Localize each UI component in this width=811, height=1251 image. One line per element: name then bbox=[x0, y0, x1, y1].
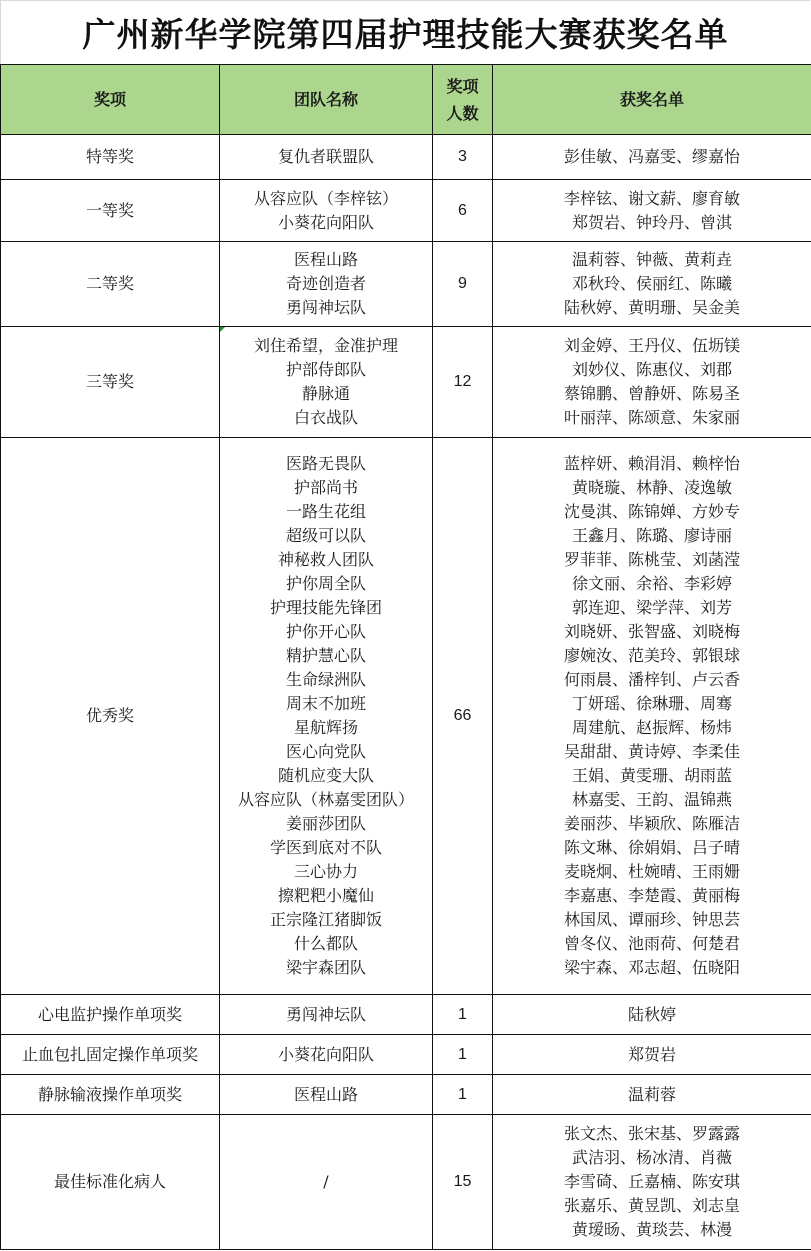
award-cell[interactable]: 静脉输液操作单项奖 bbox=[1, 1075, 220, 1115]
team-name: / bbox=[220, 1170, 432, 1194]
team-cell[interactable]: 医程山路 bbox=[220, 1075, 433, 1115]
winner-names: 罗菲菲、陈桃莹、刘菡滢 bbox=[493, 548, 811, 572]
winner-names: 邓秋玲、侯丽红、陈曦 bbox=[493, 272, 811, 296]
winner-names: 陆秋婷 bbox=[493, 1003, 811, 1027]
count-cell[interactable]: 15 bbox=[433, 1115, 493, 1250]
winner-names: 林嘉雯、王韵、温锦燕 bbox=[493, 788, 811, 812]
winner-names: 刘晓妍、张智盛、刘晓梅 bbox=[493, 620, 811, 644]
awards-table: 奖项 团队名称 奖项 人数 获奖名单 特等奖复仇者联盟队3彭佳敏、冯嘉雯、缪嘉怡… bbox=[0, 64, 811, 1250]
team-name: 三心协力 bbox=[220, 860, 432, 884]
team-name: 刘住希望，金准护理 bbox=[220, 334, 432, 358]
winner-names: 蔡锦鹏、曾静妍、陈易圣 bbox=[493, 382, 811, 406]
winner-count: 12 bbox=[454, 373, 472, 390]
winner-names: 武洁羽、杨冰清、肖薇 bbox=[493, 1146, 811, 1170]
team-cell[interactable]: 医路无畏队护部尚书一路生花组超级可以队神秘救人团队护你周全队护理技能先锋团护你开… bbox=[220, 438, 433, 995]
winners-cell[interactable]: 温莉蓉、钟薇、黄莉垚邓秋玲、侯丽红、陈曦陆秋婷、黄明珊、吴金美 bbox=[493, 242, 811, 327]
team-name: 勇闯神坛队 bbox=[220, 1003, 432, 1027]
page-title: 广州新华学院第四届护理技能大赛获奖名单 bbox=[83, 9, 729, 56]
team-cell[interactable]: 小葵花向阳队 bbox=[220, 1035, 433, 1075]
winner-names: 周建航、赵振辉、杨炜 bbox=[493, 716, 811, 740]
team-cell[interactable]: 复仇者联盟队 bbox=[220, 135, 433, 180]
team-name: 从容应队（李梓铉） bbox=[220, 187, 432, 211]
team-name: 精护慧心队 bbox=[220, 644, 432, 668]
header-count-line1: 奖项 bbox=[433, 73, 492, 100]
team-name: 梁宇森团队 bbox=[220, 956, 432, 980]
team-name: 医心向党队 bbox=[220, 740, 432, 764]
header-winners[interactable]: 获奖名单 bbox=[493, 65, 811, 135]
winners-cell[interactable]: 陆秋婷 bbox=[493, 995, 811, 1035]
table-row: 一等奖从容应队（李梓铉）小葵花向阳队6李梓铉、谢文薪、廖育敏郑贺岩、钟玲丹、曾淇 bbox=[1, 180, 811, 242]
winner-names: 黄晓璇、林静、凌逸敏 bbox=[493, 476, 811, 500]
team-name: 超级可以队 bbox=[220, 524, 432, 548]
winner-names: 李雪碕、丘嘉楠、陈安琪 bbox=[493, 1170, 811, 1194]
award-cell[interactable]: 特等奖 bbox=[1, 135, 220, 180]
winner-names: 叶丽萍、陈颂意、朱家丽 bbox=[493, 406, 811, 430]
award-name: 优秀奖 bbox=[1, 704, 219, 728]
winner-names: 丁妍瑶、徐琳珊、周骞 bbox=[493, 692, 811, 716]
award-name: 最佳标准化病人 bbox=[1, 1170, 219, 1194]
winners-cell[interactable]: 温莉蓉 bbox=[493, 1075, 811, 1115]
winner-names: 刘金婷、王丹仪、伍坜镁 bbox=[493, 334, 811, 358]
team-name: 生命绿洲队 bbox=[220, 668, 432, 692]
winner-names: 刘妙仪、陈惠仪、刘郡 bbox=[493, 358, 811, 382]
comment-marker-icon[interactable] bbox=[220, 327, 225, 332]
team-cell[interactable]: 勇闯神坛队 bbox=[220, 995, 433, 1035]
team-name: 周末不加班 bbox=[220, 692, 432, 716]
team-name: 医程山路 bbox=[220, 1083, 432, 1107]
winner-names: 郑贺岩、钟玲丹、曾淇 bbox=[493, 211, 811, 235]
header-row: 奖项 团队名称 奖项 人数 获奖名单 bbox=[1, 65, 811, 135]
winner-names: 温莉蓉 bbox=[493, 1083, 811, 1107]
winners-cell[interactable]: 李梓铉、谢文薪、廖育敏郑贺岩、钟玲丹、曾淇 bbox=[493, 180, 811, 242]
team-name: 护你周全队 bbox=[220, 572, 432, 596]
winner-names: 麦晓炯、杜婉晴、王雨姗 bbox=[493, 860, 811, 884]
table-row: 三等奖刘住希望，金准护理护部侍郎队静脉通白衣战队12刘金婷、王丹仪、伍坜镁刘妙仪… bbox=[1, 327, 811, 438]
award-name: 特等奖 bbox=[1, 145, 219, 169]
title-cell[interactable]: 广州新华学院第四届护理技能大赛获奖名单 bbox=[0, 0, 810, 64]
winner-names: 郭连迎、梁学萍、刘芳 bbox=[493, 596, 811, 620]
award-name: 三等奖 bbox=[1, 370, 219, 394]
award-cell[interactable]: 三等奖 bbox=[1, 327, 220, 438]
award-cell[interactable]: 二等奖 bbox=[1, 242, 220, 327]
team-name: 正宗隆江猪脚饭 bbox=[220, 908, 432, 932]
winner-names: 何雨晨、潘梓钊、卢云香 bbox=[493, 668, 811, 692]
team-name: 随机应变大队 bbox=[220, 764, 432, 788]
winner-count: 15 bbox=[454, 1173, 472, 1190]
winner-names: 张文杰、张宋基、罗露露 bbox=[493, 1122, 811, 1146]
winner-names: 沈曼淇、陈锦婵、方妙专 bbox=[493, 500, 811, 524]
count-cell[interactable]: 9 bbox=[433, 242, 493, 327]
team-name: 护理技能先锋团 bbox=[220, 596, 432, 620]
winners-cell[interactable]: 张文杰、张宋基、罗露露武洁羽、杨冰清、肖薇李雪碕、丘嘉楠、陈安琪张嘉乐、黄昱凯、… bbox=[493, 1115, 811, 1250]
award-cell[interactable]: 优秀奖 bbox=[1, 438, 220, 995]
team-name: 复仇者联盟队 bbox=[220, 145, 432, 169]
team-name: 一路生花组 bbox=[220, 500, 432, 524]
table-row: 特等奖复仇者联盟队3彭佳敏、冯嘉雯、缪嘉怡 bbox=[1, 135, 811, 180]
header-count-line2: 人数 bbox=[433, 100, 492, 127]
team-name: 什么都队 bbox=[220, 932, 432, 956]
team-name: 护你开心队 bbox=[220, 620, 432, 644]
winners-cell[interactable]: 蓝梓妍、赖涓涓、赖梓怡黄晓璇、林静、凌逸敏沈曼淇、陈锦婵、方妙专王鑫月、陈璐、廖… bbox=[493, 438, 811, 995]
team-name: 医路无畏队 bbox=[220, 452, 432, 476]
award-name: 一等奖 bbox=[1, 199, 219, 223]
table-row: 静脉输液操作单项奖医程山路1温莉蓉 bbox=[1, 1075, 811, 1115]
count-cell[interactable]: 6 bbox=[433, 180, 493, 242]
winner-names: 彭佳敏、冯嘉雯、缪嘉怡 bbox=[493, 145, 811, 169]
team-name: 白衣战队 bbox=[220, 406, 432, 430]
count-cell[interactable]: 1 bbox=[433, 1075, 493, 1115]
team-cell[interactable]: 从容应队（李梓铉）小葵花向阳队 bbox=[220, 180, 433, 242]
team-name: 护部侍郎队 bbox=[220, 358, 432, 382]
team-name: 静脉通 bbox=[220, 382, 432, 406]
award-cell[interactable]: 最佳标准化病人 bbox=[1, 1115, 220, 1250]
winners-cell[interactable]: 彭佳敏、冯嘉雯、缪嘉怡 bbox=[493, 135, 811, 180]
team-name: 从容应队（林嘉雯团队） bbox=[220, 788, 432, 812]
winner-names: 姜丽莎、毕颖欣、陈雁洁 bbox=[493, 812, 811, 836]
team-name: 学医到底对不队 bbox=[220, 836, 432, 860]
winner-names: 陈文琳、徐娟娟、吕子晴 bbox=[493, 836, 811, 860]
table-row: 心电监护操作单项奖勇闯神坛队1陆秋婷 bbox=[1, 995, 811, 1035]
count-cell[interactable]: 3 bbox=[433, 135, 493, 180]
award-cell[interactable]: 一等奖 bbox=[1, 180, 220, 242]
table-row: 二等奖医程山路奇迹创造者勇闯神坛队9温莉蓉、钟薇、黄莉垚邓秋玲、侯丽红、陈曦陆秋… bbox=[1, 242, 811, 327]
count-cell[interactable]: 1 bbox=[433, 995, 493, 1035]
winner-names: 王娟、黄雯珊、胡雨蓝 bbox=[493, 764, 811, 788]
table-row: 最佳标准化病人/15张文杰、张宋基、罗露露武洁羽、杨冰清、肖薇李雪碕、丘嘉楠、陈… bbox=[1, 1115, 811, 1250]
count-cell[interactable]: 12 bbox=[433, 327, 493, 438]
winner-names: 林国凤、谭丽珍、钟思芸 bbox=[493, 908, 811, 932]
winner-names: 黄瑷旸、黄琰芸、林漫 bbox=[493, 1218, 811, 1242]
winner-names: 李嘉惠、李楚霞、黄丽梅 bbox=[493, 884, 811, 908]
winner-count: 1 bbox=[458, 1046, 467, 1063]
team-name: 医程山路 bbox=[220, 248, 432, 272]
team-cell[interactable]: / bbox=[220, 1115, 433, 1250]
team-name: 奇迹创造者 bbox=[220, 272, 432, 296]
header-count[interactable]: 奖项 人数 bbox=[433, 65, 493, 135]
winner-names: 曾冬仪、池雨荷、何楚君 bbox=[493, 932, 811, 956]
table-row: 止血包扎固定操作单项奖小葵花向阳队1郑贺岩 bbox=[1, 1035, 811, 1075]
winner-count: 1 bbox=[458, 1006, 467, 1023]
winner-names: 梁宇森、邓志超、伍晓阳 bbox=[493, 956, 811, 980]
winner-names: 蓝梓妍、赖涓涓、赖梓怡 bbox=[493, 452, 811, 476]
winner-count: 6 bbox=[458, 202, 467, 219]
team-name: 小葵花向阳队 bbox=[220, 1043, 432, 1067]
award-name: 心电监护操作单项奖 bbox=[1, 1003, 219, 1027]
winners-cell[interactable]: 刘金婷、王丹仪、伍坜镁刘妙仪、陈惠仪、刘郡蔡锦鹏、曾静妍、陈易圣叶丽萍、陈颂意、… bbox=[493, 327, 811, 438]
award-name: 静脉输液操作单项奖 bbox=[1, 1083, 219, 1107]
team-name: 勇闯神坛队 bbox=[220, 296, 432, 320]
award-sheet: 广州新华学院第四届护理技能大赛获奖名单 奖项 团队名称 奖项 人数 获奖名单 特… bbox=[0, 0, 811, 1251]
winner-names: 陆秋婷、黄明珊、吴金美 bbox=[493, 296, 811, 320]
award-cell[interactable]: 心电监护操作单项奖 bbox=[1, 995, 220, 1035]
winner-names: 廖婉汝、范美玲、郭银球 bbox=[493, 644, 811, 668]
team-name: 神秘救人团队 bbox=[220, 548, 432, 572]
winners-cell[interactable]: 郑贺岩 bbox=[493, 1035, 811, 1075]
team-name: 小葵花向阳队 bbox=[220, 211, 432, 235]
team-name: 姜丽莎团队 bbox=[220, 812, 432, 836]
table-row: 优秀奖医路无畏队护部尚书一路生花组超级可以队神秘救人团队护你周全队护理技能先锋团… bbox=[1, 438, 811, 995]
winner-count: 9 bbox=[458, 275, 467, 292]
winner-names: 徐文丽、余裕、李彩婷 bbox=[493, 572, 811, 596]
winner-names: 张嘉乐、黄昱凯、刘志皇 bbox=[493, 1194, 811, 1218]
team-name: 星航辉扬 bbox=[220, 716, 432, 740]
winner-names: 郑贺岩 bbox=[493, 1043, 811, 1067]
header-award[interactable]: 奖项 bbox=[1, 65, 220, 135]
count-cell[interactable]: 1 bbox=[433, 1035, 493, 1075]
count-cell[interactable]: 66 bbox=[433, 438, 493, 995]
winner-names: 吴甜甜、黄诗婷、李柔佳 bbox=[493, 740, 811, 764]
winner-count: 3 bbox=[458, 148, 467, 165]
award-name: 二等奖 bbox=[1, 272, 219, 296]
winner-count: 66 bbox=[454, 707, 472, 724]
winner-count: 1 bbox=[458, 1086, 467, 1103]
header-team[interactable]: 团队名称 bbox=[220, 65, 433, 135]
winner-names: 温莉蓉、钟薇、黄莉垚 bbox=[493, 248, 811, 272]
team-cell[interactable]: 医程山路奇迹创造者勇闯神坛队 bbox=[220, 242, 433, 327]
team-cell[interactable]: 刘住希望，金准护理护部侍郎队静脉通白衣战队 bbox=[220, 327, 433, 438]
winner-names: 王鑫月、陈璐、廖诗丽 bbox=[493, 524, 811, 548]
winner-names: 李梓铉、谢文薪、廖育敏 bbox=[493, 187, 811, 211]
award-cell[interactable]: 止血包扎固定操作单项奖 bbox=[1, 1035, 220, 1075]
team-name: 护部尚书 bbox=[220, 476, 432, 500]
award-name: 止血包扎固定操作单项奖 bbox=[1, 1043, 219, 1067]
team-name: 擦粑粑小魔仙 bbox=[220, 884, 432, 908]
